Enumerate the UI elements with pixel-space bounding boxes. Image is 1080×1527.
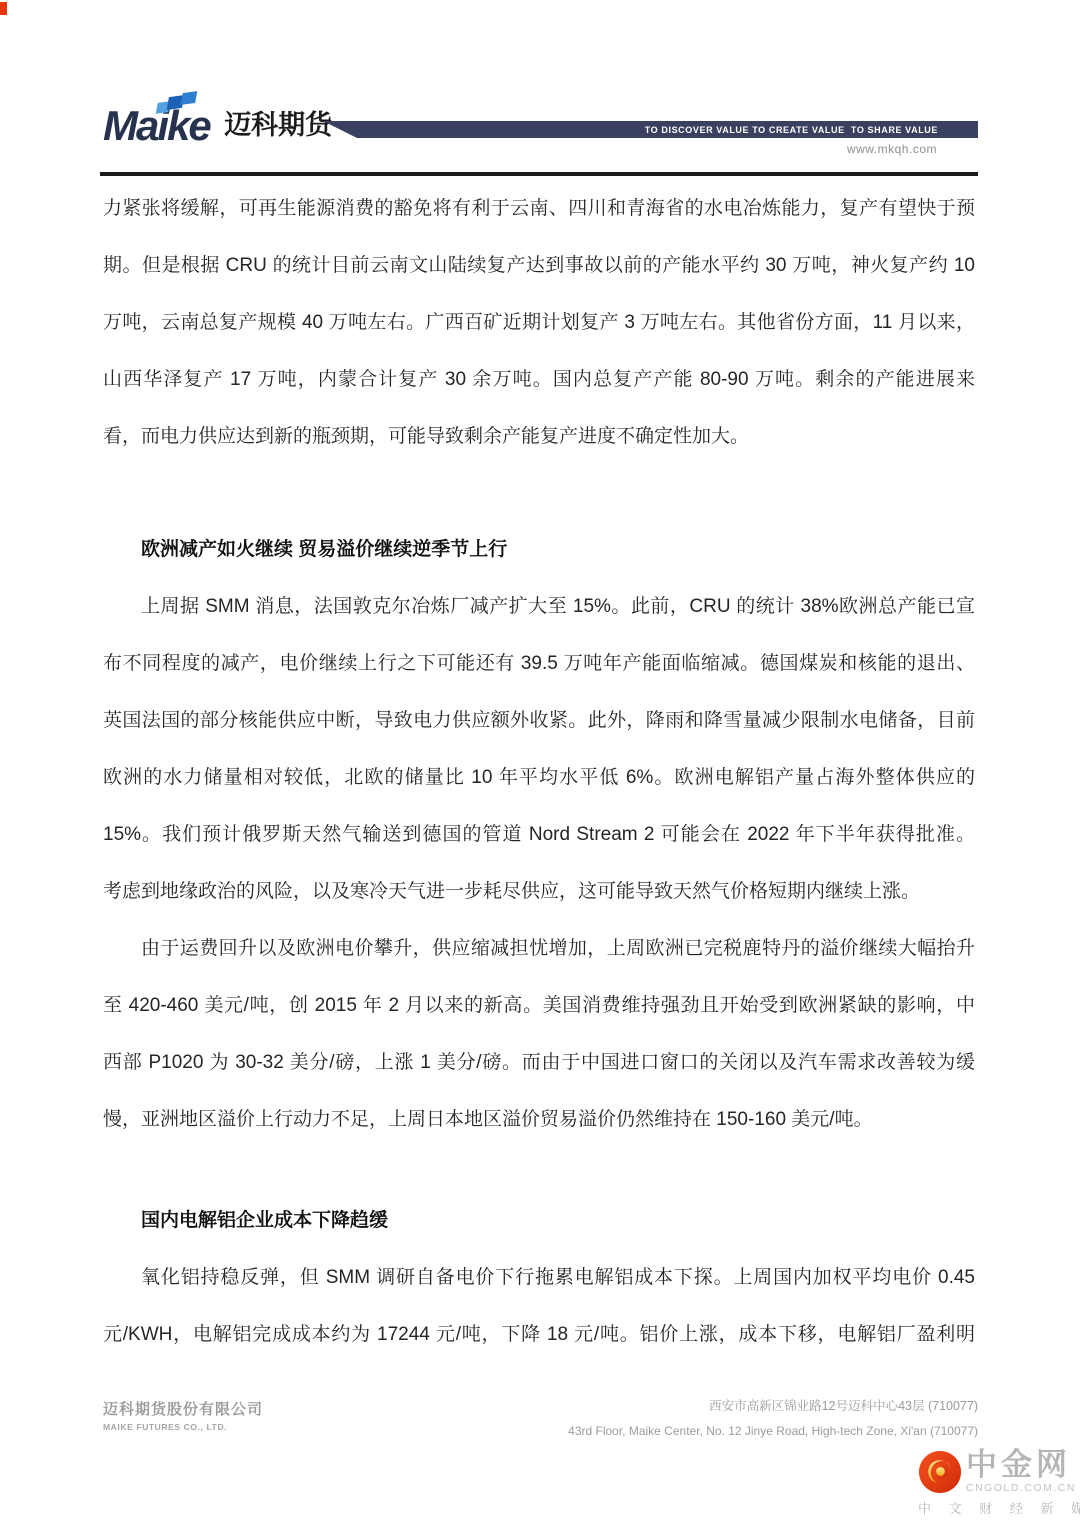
cngold-swirl-icon: [918, 1450, 962, 1494]
company-name-en: MAIKE FUTURES CO., LTD.: [103, 1422, 263, 1432]
report-body: 力紧张将缓解，可再生能源消费的豁免将有利于云南、四川和青海省的水电冶炼能力，复产…: [103, 180, 975, 1363]
section-heading-domestic-cost: 国内电解铝企业成本下降趋缓: [103, 1192, 975, 1249]
watermark-tagline: 中 文 财 经 新 媒 体: [918, 1498, 1068, 1517]
paragraph-domestic-cost: 氧化铝持稳反弹，但 SMM 调研自备电价下行拖累电解铝成本下探。上周国内加权平均…: [103, 1249, 975, 1363]
text-line: 上周据 SMM 消息，法国敦克尔冶炼厂减产扩大至 15%。此前，CRU 的统计 …: [103, 578, 975, 635]
text-line: 由于运费回升以及欧洲电价攀升，供应缩减担忧增加，上周欧洲已完税鹿特丹的溢价继续大…: [103, 920, 975, 977]
website-url: www.mkqh.com: [847, 142, 937, 156]
company-name-cn: 迈科期货股份有限公司: [103, 1398, 263, 1419]
logo-diamond-icon: [155, 92, 205, 118]
text-line: 布不同程度的减产，电价继续上行之下可能还有 39.5 万吨年产能面临缩减。德国煤…: [103, 635, 975, 692]
footer-address: 西安市高新区锦业路12号迈科中心43层 (710077) 43rd Floor,…: [568, 1394, 978, 1444]
maike-logo: Maike 迈科期货: [103, 98, 332, 154]
text-line: 西部 P1020 为 30-32 美分/磅，上涨 1 美分/磅。而由于中国进口窗…: [103, 1034, 975, 1091]
text-line: 力紧张将缓解，可再生能源消费的豁免将有利于云南、四川和青海省的水电冶炼能力，复产…: [103, 180, 975, 237]
logo-chinese-name: 迈科期货: [224, 110, 332, 140]
header-divider: [100, 172, 978, 176]
paragraph-restart-capacity: 力紧张将缓解，可再生能源消费的豁免将有利于云南、四川和青海省的水电冶炼能力，复产…: [103, 180, 975, 465]
text-line: 15%。我们预计俄罗斯天然气输送到德国的管道 Nord Stream 2 可能会…: [103, 806, 975, 863]
text-line: 氧化铝持稳反弹，但 SMM 调研自备电价下行拖累电解铝成本下探。上周国内加权平均…: [103, 1249, 975, 1306]
corner-artifact: [0, 2, 7, 15]
text-line: 考虑到地缘政治的风险，以及寒冷天气进一步耗尽供应，这可能导致天然气价格短期内继续…: [103, 863, 975, 920]
report-page: Maike 迈科期货 TO DISCOVER VALUE TO CREATE V…: [0, 0, 1080, 1527]
text-line: 期。但是根据 CRU 的统计目前云南文山陆续复产达到事故以前的产能水平约 30 …: [103, 237, 975, 294]
text-line: 欧洲的水力储量相对较低，北欧的储量比 10 年平均水平低 6%。欧洲电解铝产量占…: [103, 749, 975, 806]
text-line: 山西华泽复产 17 万吨，内蒙合计复产 30 余万吨。国内总复产产能 80-90…: [103, 351, 975, 408]
text-line: 元/KWH，电解铝完成成本约为 17244 元/吨，下降 18 元/吨。铝价上涨…: [103, 1306, 975, 1363]
paragraph-premiums: 由于运费回升以及欧洲电价攀升，供应缩减担忧增加，上周欧洲已完税鹿特丹的溢价继续大…: [103, 920, 975, 1148]
text-line: 万吨，云南总复产规模 40 万吨左右。广西百矿近期计划复产 3 万吨左右。其他省…: [103, 294, 975, 351]
slogan-ribbon: TO DISCOVER VALUE TO CREATE VALUE TO SHA…: [323, 121, 978, 138]
section-heading-europe: 欧洲减产如火继续 贸易溢价继续逆季节上行: [103, 521, 975, 578]
cngold-watermark: 中金网 CNGOLD.COM.CN 中 文 财 经 新 媒 体: [918, 1450, 1068, 1517]
text-line: 看，而电力供应达到新的瓶颈期，可能导致剩余产能复产进度不确定性加大。: [103, 408, 975, 465]
text-line: 至 420-460 美元/吨，创 2015 年 2 月以来的新高。美国消费维持强…: [103, 977, 975, 1034]
text-line: 英国法国的部分核能供应中断，导致电力供应额外收紧。此外，降雨和降雪量减少限制水电…: [103, 692, 975, 749]
slogan-text: TO DISCOVER VALUE TO CREATE VALUE TO SHA…: [645, 125, 978, 135]
address-en: 43rd Floor, Maike Center, No. 12 Jinye R…: [568, 1419, 978, 1444]
footer-company: 迈科期货股份有限公司 MAIKE FUTURES CO., LTD.: [103, 1398, 263, 1432]
text-line: 慢，亚洲地区溢价上行动力不足，上周日本地区溢价贸易溢价仍然维持在 150-160…: [103, 1091, 975, 1148]
address-cn: 西安市高新区锦业路12号迈科中心43层 (710077): [568, 1394, 978, 1419]
watermark-name: 中金网: [966, 1450, 1076, 1480]
watermark-domain: CNGOLD.COM.CN: [966, 1482, 1076, 1494]
paragraph-europe-cuts: 上周据 SMM 消息，法国敦克尔冶炼厂减产扩大至 15%。此前，CRU 的统计 …: [103, 578, 975, 920]
